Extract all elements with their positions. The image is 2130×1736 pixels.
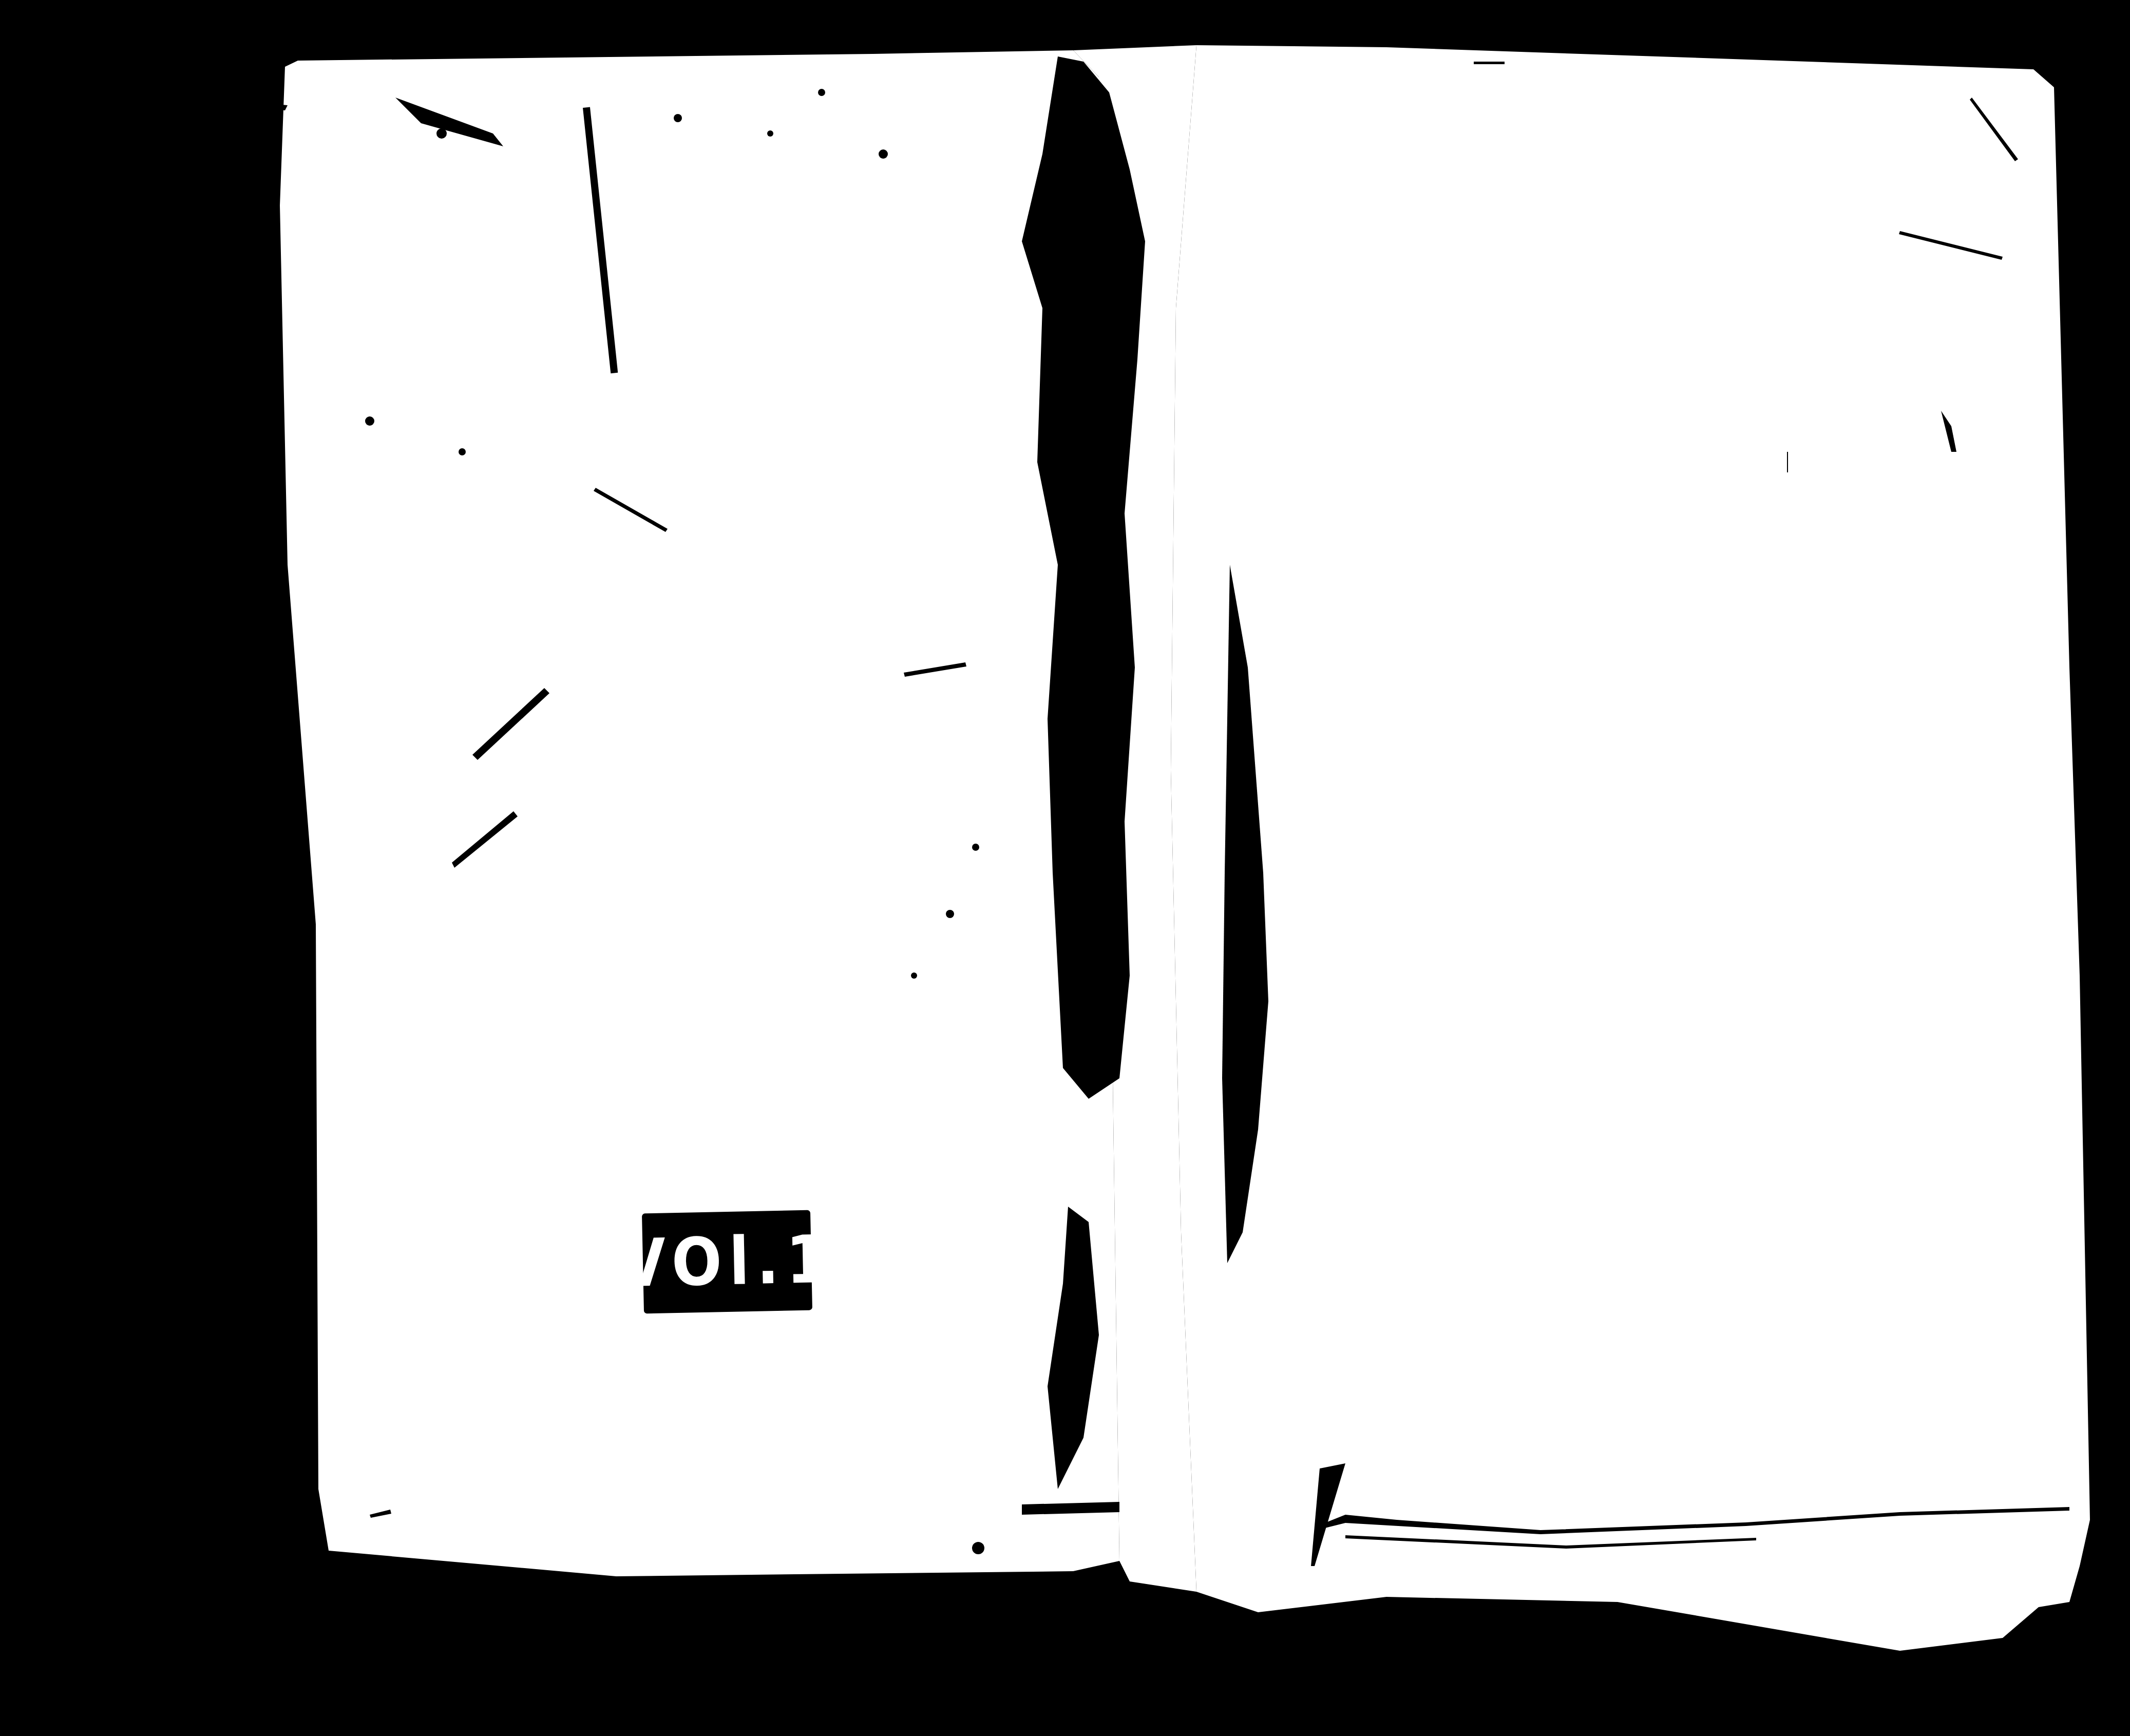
volume-label: VOl.1 [642,1210,812,1314]
page-block [1171,45,2090,1651]
book-scan [0,0,2130,1736]
front-cover [280,50,1119,1576]
